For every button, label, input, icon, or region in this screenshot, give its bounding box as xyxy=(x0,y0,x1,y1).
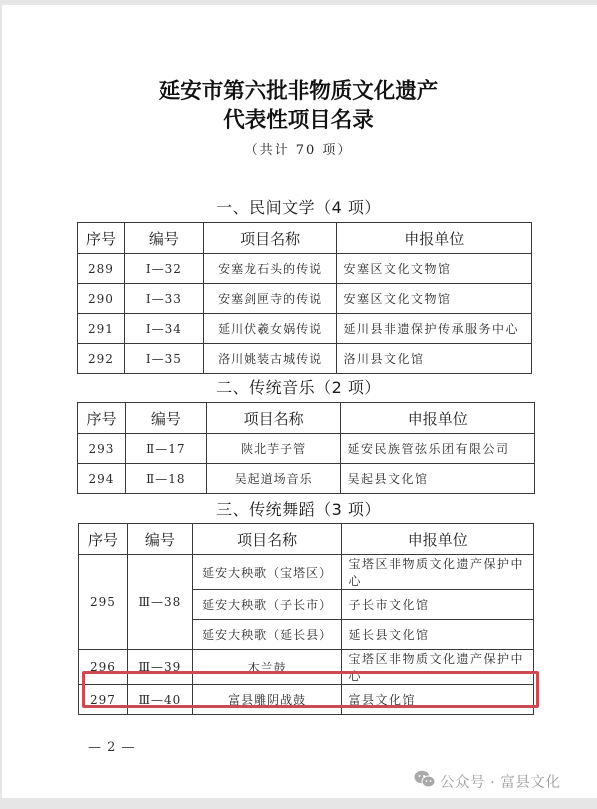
cell-seq: 294 xyxy=(78,464,126,494)
header-seq: 序号 xyxy=(79,524,128,555)
table-header-row: 序号 编号 项目名称 申报单位 xyxy=(78,223,532,254)
table-row: 290 Ⅰ—33 安塞剑匣寺的传说 安塞区文化文物馆 xyxy=(78,284,532,314)
cell-seq: 293 xyxy=(78,434,126,464)
table-header-row: 序号 编号 项目名称 申报单位 xyxy=(79,524,534,555)
cell-name: 陕北芋子管 xyxy=(206,434,341,464)
cell-unit: 洛川县文化馆 xyxy=(337,344,532,374)
header-seq: 序号 xyxy=(78,403,126,434)
cell-name: 延安大秧歌（延长县） xyxy=(192,620,342,650)
cell-code: Ⅰ—32 xyxy=(124,254,203,284)
header-code: 编号 xyxy=(125,403,206,434)
header-unit: 申报单位 xyxy=(341,403,535,434)
header-name: 项目名称 xyxy=(206,403,341,434)
cell-unit: 延长县文化馆 xyxy=(342,620,534,650)
cell-name: 延安大秧歌（子长市） xyxy=(192,590,342,620)
cell-unit: 吴起县文化馆 xyxy=(341,464,535,494)
cell-code: Ⅲ—38 xyxy=(127,555,192,650)
section-heading-traditional-music: 二、传统音乐（2 项） xyxy=(0,378,597,398)
cell-code: Ⅰ—33 xyxy=(124,284,203,314)
section-heading-folk-literature: 一、民间文学（4 项） xyxy=(0,198,597,218)
table-row: 295 Ⅲ—38 延安大秧歌（宝塔区） 宝塔区非物质文化遗产保护中心 xyxy=(79,555,534,590)
section-heading-traditional-dance: 三、传统舞蹈（3 项） xyxy=(0,500,597,520)
cell-unit: 延川县非遗保护传承服务中心 xyxy=(337,314,532,344)
header-name: 项目名称 xyxy=(203,223,337,254)
cell-name: 安塞龙石头的传说 xyxy=(203,254,337,284)
watermark: 公众号 · 富县文化 xyxy=(414,771,560,791)
header-code: 编号 xyxy=(127,524,192,555)
cell-unit: 安塞区文化文物馆 xyxy=(337,254,532,284)
cell-seq: 290 xyxy=(78,284,125,314)
cell-code: Ⅱ—18 xyxy=(125,464,206,494)
cell-name: 延安大秧歌（宝塔区） xyxy=(192,555,342,590)
cell-seq: 289 xyxy=(78,254,125,284)
cell-seq: 291 xyxy=(78,314,125,344)
highlight-box xyxy=(82,671,539,708)
cell-unit: 延安民族管弦乐团有限公司 xyxy=(341,434,535,464)
cell-seq: 295 xyxy=(79,555,128,650)
header-unit: 申报单位 xyxy=(337,223,532,254)
table-header-row: 序号 编号 项目名称 申报单位 xyxy=(78,403,535,434)
header-name: 项目名称 xyxy=(192,524,342,555)
table-row: 292 Ⅰ—35 洛川姚装古城传说 洛川县文化馆 xyxy=(78,344,532,374)
cell-unit: 安塞区文化文物馆 xyxy=(337,284,532,314)
table-row: 289 Ⅰ—32 安塞龙石头的传说 安塞区文化文物馆 xyxy=(78,254,532,284)
watermark-text: 公众号 · 富县文化 xyxy=(440,771,560,792)
page-number: — 2 — xyxy=(88,740,136,755)
table-row: 293 Ⅱ—17 陕北芋子管 延安民族管弦乐团有限公司 xyxy=(78,434,535,464)
wechat-icon xyxy=(414,770,440,792)
header-unit: 申报单位 xyxy=(342,524,534,555)
table-folk-literature: 序号 编号 项目名称 申报单位 289 Ⅰ—32 安塞龙石头的传说 安塞区文化文… xyxy=(77,222,532,374)
cell-code: Ⅰ—35 xyxy=(124,344,203,374)
cell-name: 吴起道场音乐 xyxy=(206,464,341,494)
cell-code: Ⅰ—34 xyxy=(124,314,203,344)
document-title-line1: 延安市第六批非物质文化遗产 xyxy=(0,78,597,106)
header-seq: 序号 xyxy=(78,223,125,254)
cell-name: 洛川姚装古城传说 xyxy=(203,344,337,374)
cell-seq: 292 xyxy=(78,344,125,374)
cell-name: 延川伏羲女娲传说 xyxy=(203,314,337,344)
table-traditional-music: 序号 编号 项目名称 申报单位 293 Ⅱ—17 陕北芋子管 延安民族管弦乐团有… xyxy=(77,402,535,494)
cell-code: Ⅱ—17 xyxy=(125,434,206,464)
cell-unit: 宝塔区非物质文化遗产保护中心 xyxy=(342,555,534,590)
header-code: 编号 xyxy=(124,223,203,254)
cell-unit: 子长市文化馆 xyxy=(342,590,534,620)
table-row: 294 Ⅱ—18 吴起道场音乐 吴起县文化馆 xyxy=(78,464,535,494)
document-title-line2: 代表性项目名录 xyxy=(0,107,597,135)
table-row: 291 Ⅰ—34 延川伏羲女娲传说 延川县非遗保护传承服务中心 xyxy=(78,314,532,344)
cell-name: 安塞剑匣寺的传说 xyxy=(203,284,337,314)
document-subtitle: （共计 70 项） xyxy=(0,141,597,161)
